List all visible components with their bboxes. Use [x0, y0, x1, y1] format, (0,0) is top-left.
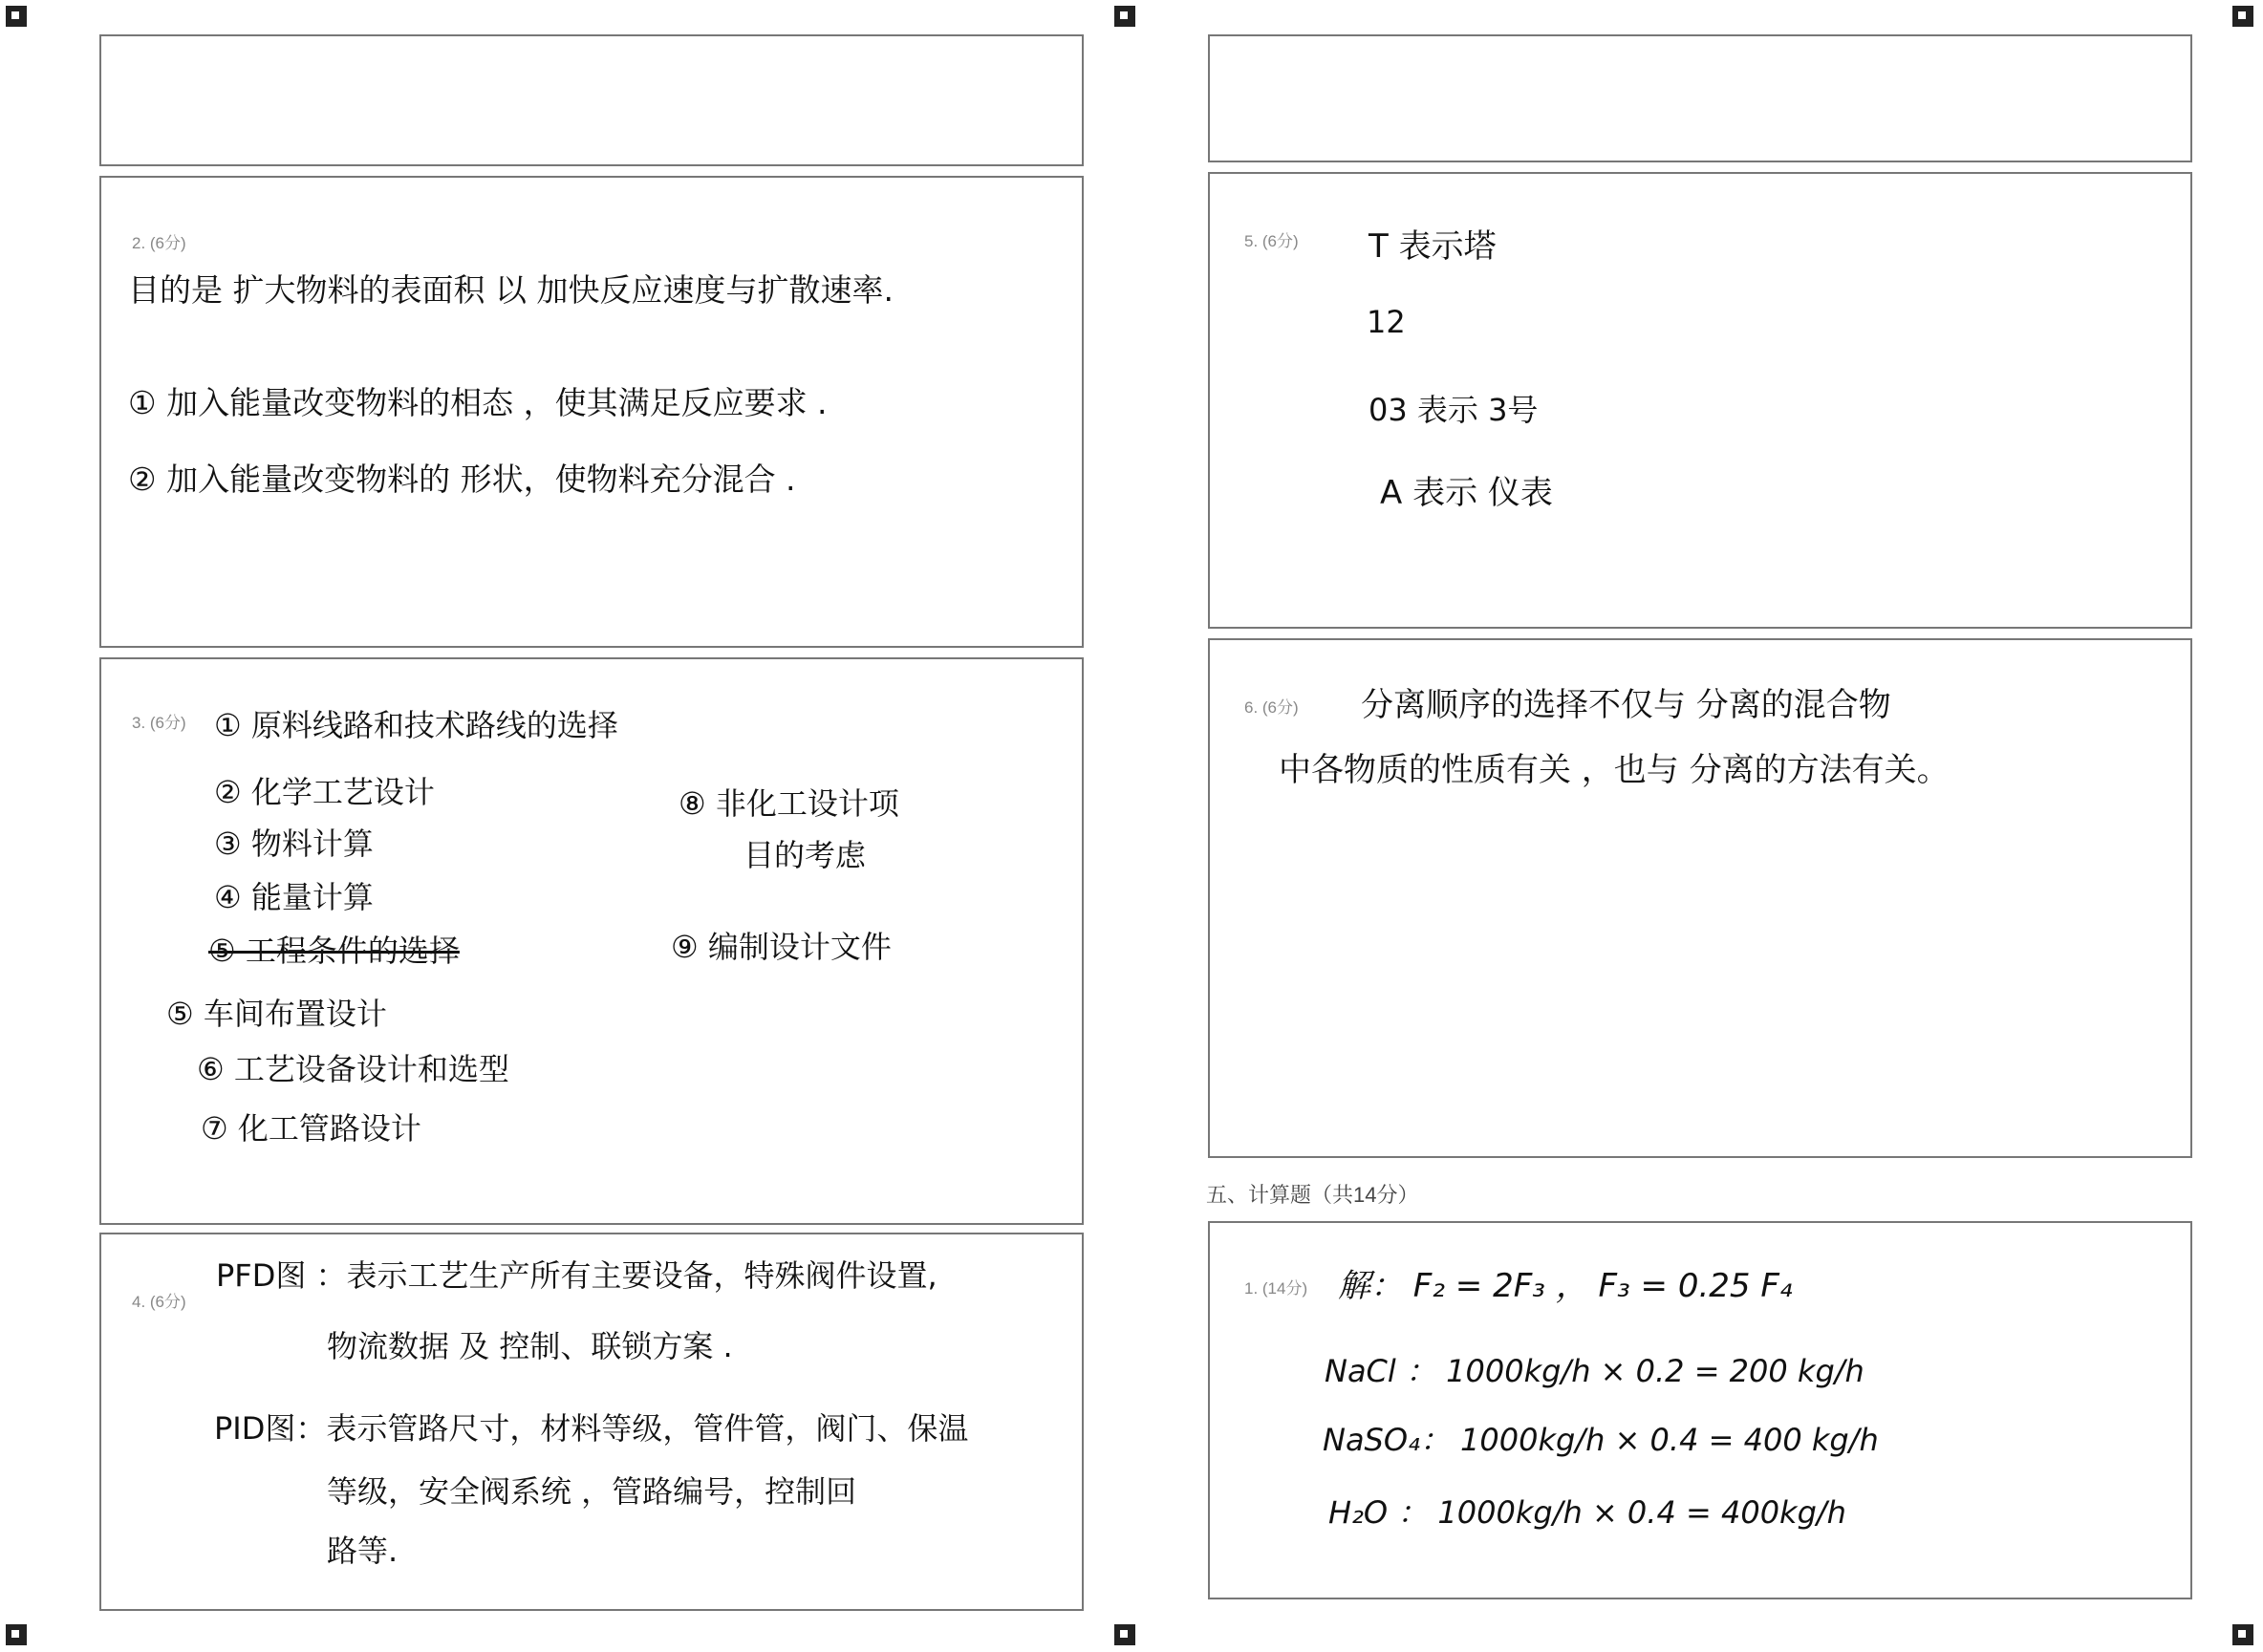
registration-marker-top-right	[2232, 6, 2253, 27]
question-label: 2. (6分)	[132, 229, 186, 253]
answer-line: ① 加入能量改变物料的相态 ，使其满足反应要求 .	[128, 378, 828, 423]
solution-line: NaSO₄： 1000kg/h × 0.4 = 400 kg/h	[1323, 1416, 1879, 1460]
list-item: ⑦ 化工管路设计	[201, 1105, 421, 1148]
answer-line: 中各物质的性质有关 ，也与 分离的方法有关。	[1279, 743, 1950, 790]
answer-line: 目的是 扩大物料的表面积 以 加快反应速度与扩散速率.	[128, 266, 894, 311]
registration-marker-top-center	[1114, 6, 1135, 27]
answer-box-q1-continued	[99, 34, 1084, 166]
answer-line: PFD图 ：表示工艺生产所有主要设备，特殊阀件设置,	[216, 1252, 938, 1296]
struck-list-item: ⑤ 工程条件的选择	[208, 927, 460, 971]
answer-box-q3: 3. (6分) ① 原料线路和技术路线的选择 ② 化学工艺设计 ③ 物料计算 ④…	[99, 657, 1084, 1225]
list-item: ④ 能量计算	[214, 873, 374, 917]
answer-box-q2: 2. (6分) 目的是 扩大物料的表面积 以 加快反应速度与扩散速率. ① 加入…	[99, 176, 1084, 648]
answer-box-q4-continued	[1208, 34, 2192, 162]
list-item: ① 原料线路和技术路线的选择	[214, 701, 618, 745]
answer-line: 物流数据 及 控制、联锁方案 .	[327, 1322, 733, 1366]
registration-marker-top-left	[6, 6, 27, 27]
answer-line: 12	[1367, 304, 1406, 340]
solution-line: H₂O ： 1000kg/h × 0.4 = 400kg/h	[1328, 1489, 1846, 1533]
solution-line: NaCl ： 1000kg/h × 0.2 = 200 kg/h	[1325, 1347, 1864, 1391]
list-item: 目的考虑	[744, 831, 866, 875]
list-item: ⑧ 非化工设计项	[679, 780, 899, 824]
answer-box-calc1: 1. (14分) 解： F₂ = 2F₃ ， F₃ = 0.25 F₄ NaCl…	[1208, 1221, 2192, 1599]
list-item: ② 化学工艺设计	[214, 768, 435, 812]
question-label: 4. (6分)	[132, 1288, 186, 1312]
registration-marker-bottom-right	[2232, 1624, 2253, 1645]
answer-box-q5: 5. (6分) T 表示塔 12 03 表示 3号 A 表示 仪表	[1208, 172, 2192, 629]
answer-line: T 表示塔	[1369, 220, 1497, 267]
answer-box-q6: 6. (6分) 分离顺序的选择不仅与 分离的混合物 中各物质的性质有关 ，也与 …	[1208, 638, 2192, 1158]
registration-marker-bottom-center	[1114, 1624, 1135, 1645]
answer-line: ② 加入能量改变物料的 形状，使物料充分混合 .	[128, 455, 796, 500]
answer-line: 分离顺序的选择不仅与 分离的混合物	[1361, 678, 1891, 725]
section-title: 五、计算题（共14分）	[1206, 1179, 1418, 1209]
registration-marker-bottom-left	[6, 1624, 27, 1645]
list-item: ⑤ 车间布置设计	[166, 990, 387, 1034]
answer-line: A 表示 仪表	[1380, 466, 1553, 513]
answer-line: 03 表示 3号	[1369, 386, 1538, 430]
question-label: 3. (6分)	[132, 709, 186, 733]
answer-box-q4: 4. (6分) PFD图 ：表示工艺生产所有主要设备，特殊阀件设置, 物流数据 …	[99, 1233, 1084, 1611]
list-item: ⑥ 工艺设备设计和选型	[197, 1045, 509, 1089]
answer-line: 等级，安全阀系统 ，管路编号，控制回	[327, 1468, 856, 1512]
answer-line: PID图：表示管路尺寸，材料等级，管件管，阀门、保温	[214, 1405, 968, 1448]
list-item: ⑨ 编制设计文件	[671, 923, 892, 967]
question-label: 1. (14分)	[1244, 1275, 1307, 1298]
solution-line: 解： F₂ = 2F₃ ， F₃ = 0.25 F₄	[1338, 1259, 1793, 1306]
question-label: 5. (6分)	[1244, 227, 1299, 251]
question-label: 6. (6分)	[1244, 694, 1299, 718]
list-item: ③ 物料计算	[214, 820, 374, 864]
answer-line: 路等.	[327, 1527, 398, 1571]
